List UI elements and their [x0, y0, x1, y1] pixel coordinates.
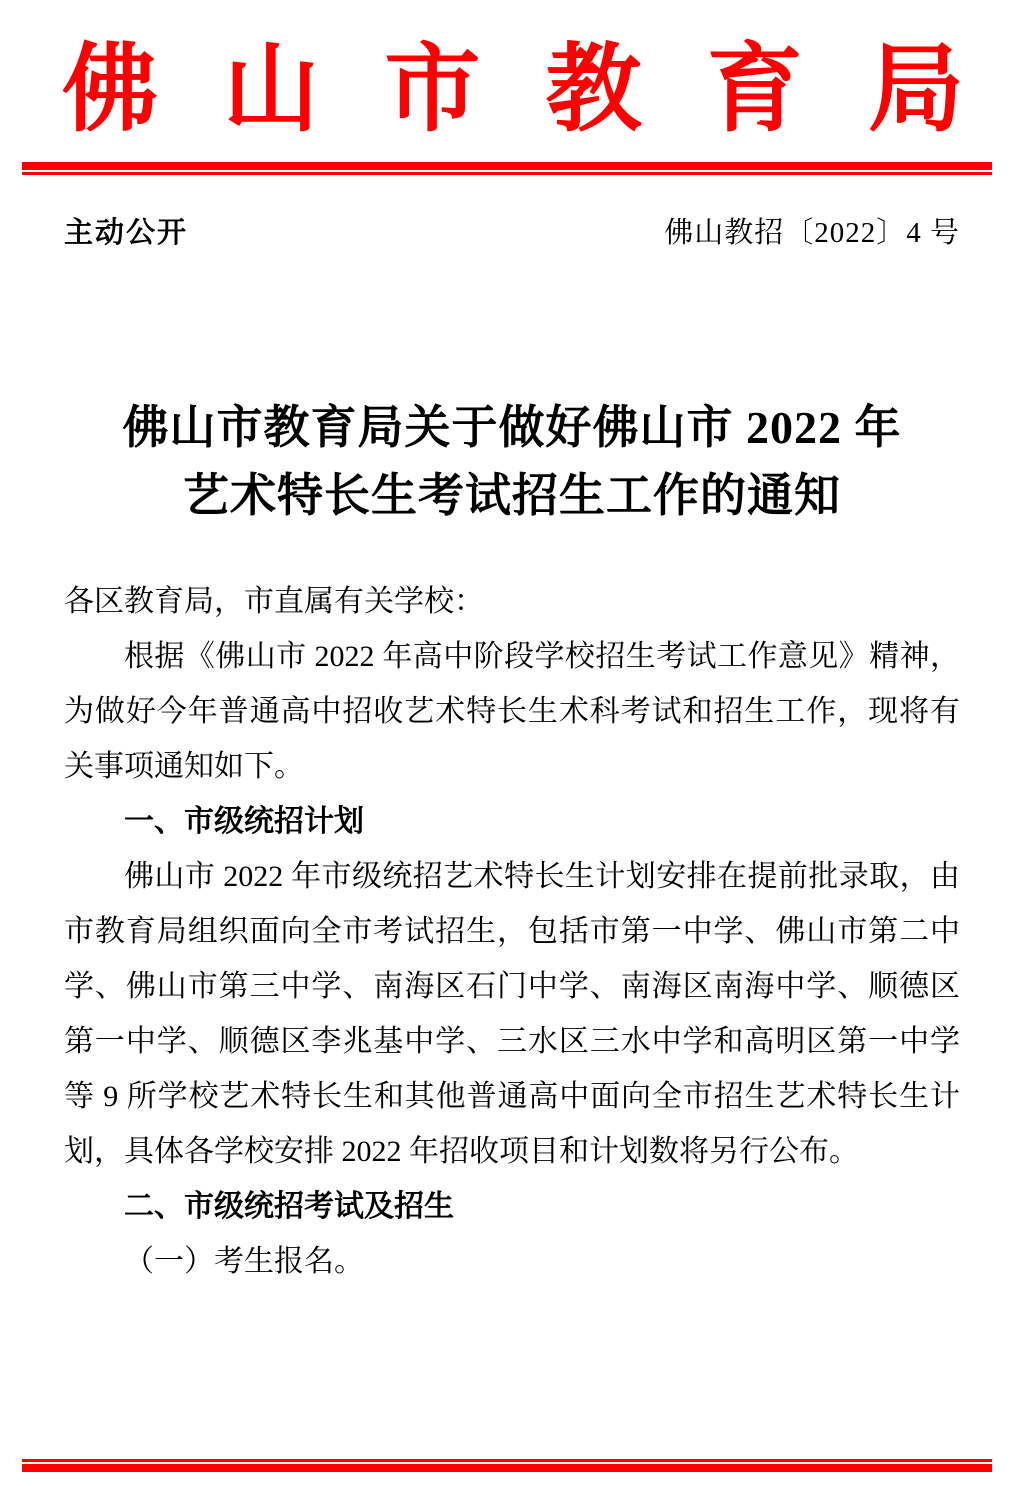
- document-number: 佛山教招〔2022〕4 号: [664, 214, 960, 252]
- doc-info-row: 主动公开 佛山教招〔2022〕4 号: [64, 214, 960, 252]
- section-1-heading: 一、市级统招计划: [64, 794, 960, 849]
- salutation: 各区教育局，市直属有关学校：: [64, 574, 960, 629]
- intro-paragraph: 根据《佛山市 2022 年高中阶段学校招生考试工作意见》精神，为做好今年普通高中…: [64, 629, 960, 794]
- document-title-line2: 艺术特长生考试招生工作的通知: [64, 462, 960, 530]
- section-1-paragraph: 佛山市 2022 年市级统招艺术特长生计划安排在提前批录取，由市教育局组织面向全…: [64, 849, 960, 1179]
- section-2-item-1: （一）考生报名。: [64, 1234, 960, 1289]
- document-title: 佛山市教育局关于做好佛山市 2022 年 艺术特长生考试招生工作的通知: [64, 394, 960, 530]
- document-body: 各区教育局，市直属有关学校： 根据《佛山市 2022 年高中阶段学校招生考试工作…: [64, 574, 960, 1289]
- letterhead-agency-name: 佛山市教育局: [62, 34, 964, 146]
- document-title-line1: 佛山市教育局关于做好佛山市 2022 年: [64, 394, 960, 462]
- divider-thick-line: [22, 162, 992, 170]
- letterhead-divider-rule: [22, 162, 992, 175]
- divider-thin-line: [22, 172, 992, 175]
- document-page: 佛山市教育局 主动公开 佛山教招〔2022〕4 号 佛山市教育局关于做好佛山市 …: [0, 0, 1024, 1486]
- section-2-heading: 二、市级统招考试及招生: [64, 1179, 960, 1234]
- disclosure-label: 主动公开: [64, 214, 188, 252]
- footer-divider-rule: [22, 1459, 992, 1472]
- footer-thick-line: [22, 1464, 992, 1472]
